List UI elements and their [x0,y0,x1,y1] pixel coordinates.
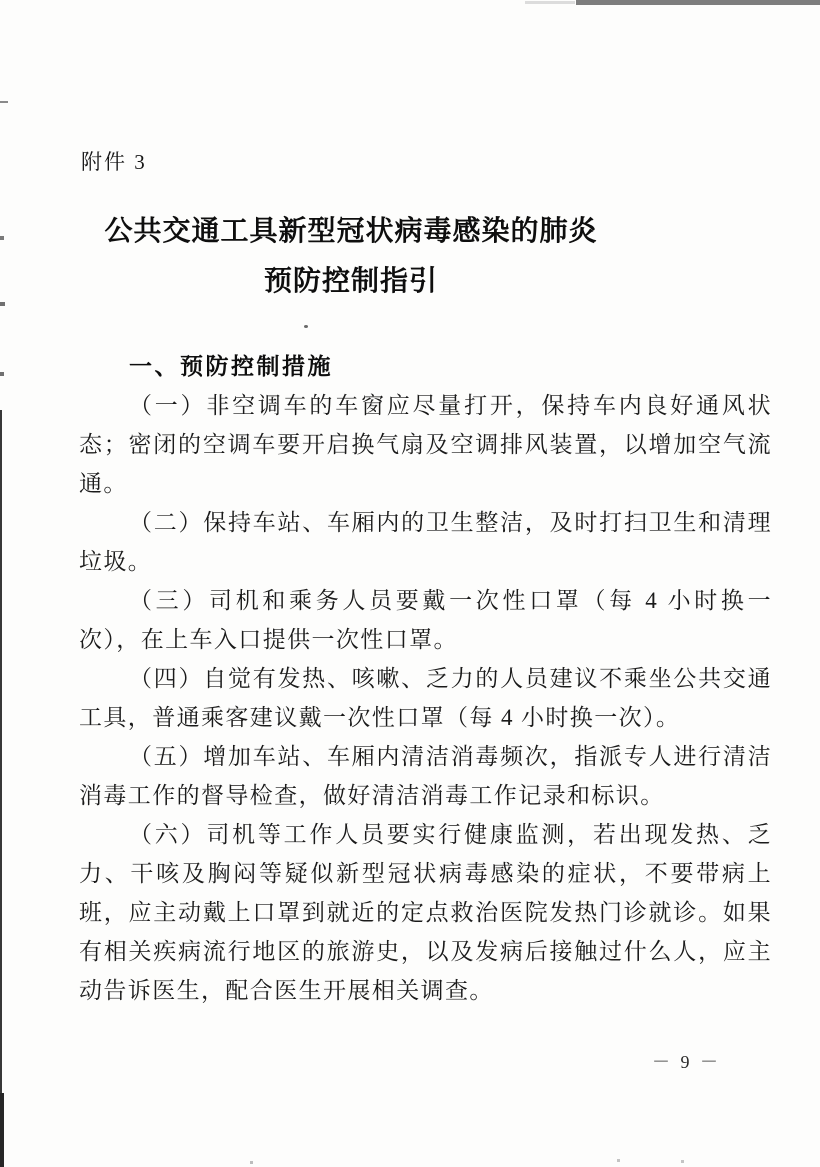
paragraph-item-1: （一）非空调车的车窗应尽量打开，保持车内良好通风状态；密闭的空调车要开启换气扇及… [79,386,772,503]
scan-artifact-speck [681,1160,684,1163]
scan-artifact-dot [304,325,308,328]
paragraph-item-3: （三）司机和乘务人员要戴一次性口罩（每 4 小时换一次），在上车入口提供一次性口… [79,581,772,659]
section-heading: 一、预防控制措施 [79,347,772,386]
paragraph-item-4: （四）自觉有发热、咳嗽、乏力的人员建议不乘坐公共交通工具，普通乘客建议戴一次性口… [79,659,772,737]
scan-artifact-speck [617,1159,620,1162]
document-body: 一、预防控制措施 （一）非空调车的车窗应尽量打开，保持车内良好通风状态；密闭的空… [79,347,772,1010]
paragraph-item-5: （五）增加车站、车厢内清洁消毒频次，指派专人进行清洁消毒工作的督导检查，做好清洁… [79,737,772,815]
scan-artifact-tick [0,101,8,103]
paragraph-item-2: （二）保持车站、车厢内的卫生整洁，及时打扫卫生和清理垃圾。 [79,503,772,581]
scan-artifact-top-edge-faint [525,1,575,4]
scanned-document-page: 附件 3 公共交通工具新型冠状病毒感染的肺炎 预防控制指引 一、预防控制措施 （… [0,0,820,1167]
scan-artifact-top-edge [576,0,820,5]
paragraph-item-6: （六）司机等工作人员要实行健康监测，若出现发热、乏力、干咳及胸闷等疑似新型冠状病… [79,815,772,1010]
scan-artifact-left-edge-thick [0,1093,4,1167]
page-number: － 9 － [652,1048,721,1074]
document-title: 公共交通工具新型冠状病毒感染的肺炎 预防控制指引 [80,206,622,306]
scan-artifact-tick [0,236,4,240]
scan-artifact-speck [250,1161,253,1164]
scan-artifact-tick [0,372,4,376]
document-title-line-2: 预防控制指引 [80,256,622,306]
scan-artifact-tick [0,302,5,306]
document-title-line-1: 公共交通工具新型冠状病毒感染的肺炎 [80,206,622,256]
scan-artifact-left-edge [0,410,2,1167]
attachment-label: 附件 3 [81,146,147,176]
